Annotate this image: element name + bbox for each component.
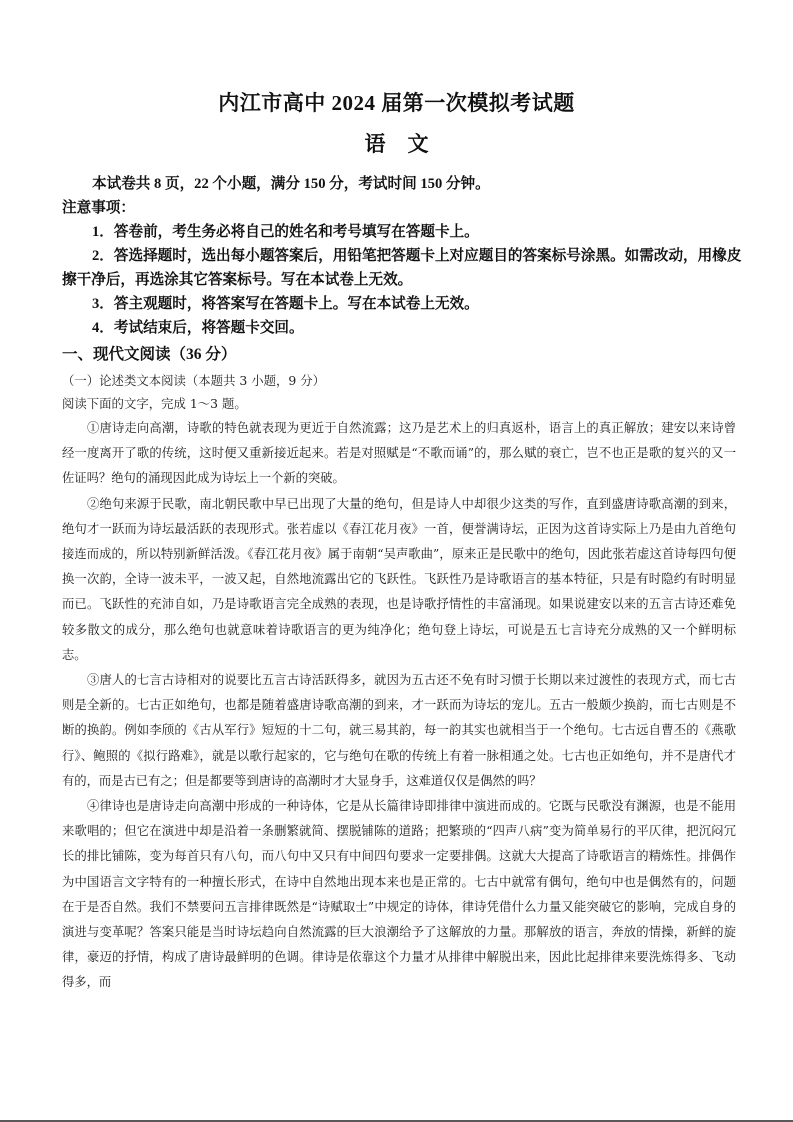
reading-passage: ①唐诗走向高潮，诗歌的特色就表现为更近于自然流露；这乃是艺术上的归真返朴，语言上…	[62, 416, 736, 996]
note-item: 4．考试结束后，将答题卡交回。	[62, 316, 742, 340]
subject-char-2: 文	[408, 130, 429, 158]
passage-paragraph: ③唐人的七言古诗相对的说要比五言古诗活跃得多，就因为五古还不免有时习惯于长期以来…	[62, 668, 736, 794]
section-heading: 一、现代文阅读（36 分）	[62, 343, 236, 367]
note-item: 3．答主观题时，将答案写在答题卡上。写在本试卷上无效。	[62, 292, 742, 316]
subsection-heading: （一）论述类文本阅读（本题共 3 小题，9 分）	[62, 370, 325, 392]
exam-page: 内江市高中 2024 届第一次模拟考试题 语文 本试卷共 8 页，22 个小题，…	[0, 0, 793, 1122]
reading-instruction: 阅读下面的文字，完成 1～3 题。	[62, 393, 247, 415]
exam-info: 本试卷共 8 页，22 个小题，满分 150 分，考试时间 150 分钟。	[62, 172, 742, 196]
notes-heading: 注意事项：	[62, 196, 742, 220]
exam-title: 内江市高中 2024 届第一次模拟考试题	[0, 89, 793, 117]
subject-char-1: 语	[365, 130, 386, 158]
note-item: 2．答选择题时，选出每小题答案后，用铅笔把答题卡上对应题目的答案标号涂黑。如需改…	[62, 244, 742, 292]
subject-title: 语文	[0, 130, 793, 158]
exam-notes: 本试卷共 8 页，22 个小题，满分 150 分，考试时间 150 分钟。 注意…	[62, 172, 742, 340]
passage-paragraph: ①唐诗走向高潮，诗歌的特色就表现为更近于自然流露；这乃是艺术上的归真返朴，语言上…	[62, 416, 736, 492]
passage-paragraph: ④律诗也是唐诗走向高潮中形成的一种诗体，它是从长篇律诗即排律中演进而成的。它既与…	[62, 794, 736, 996]
passage-paragraph: ②绝句来源于民歌，南北朝民歌中早已出现了大量的绝句，但是诗人中却很少这类的写作，…	[62, 492, 736, 668]
note-item: 1．答卷前，考生务必将自己的姓名和考号填写在答题卡上。	[62, 220, 742, 244]
